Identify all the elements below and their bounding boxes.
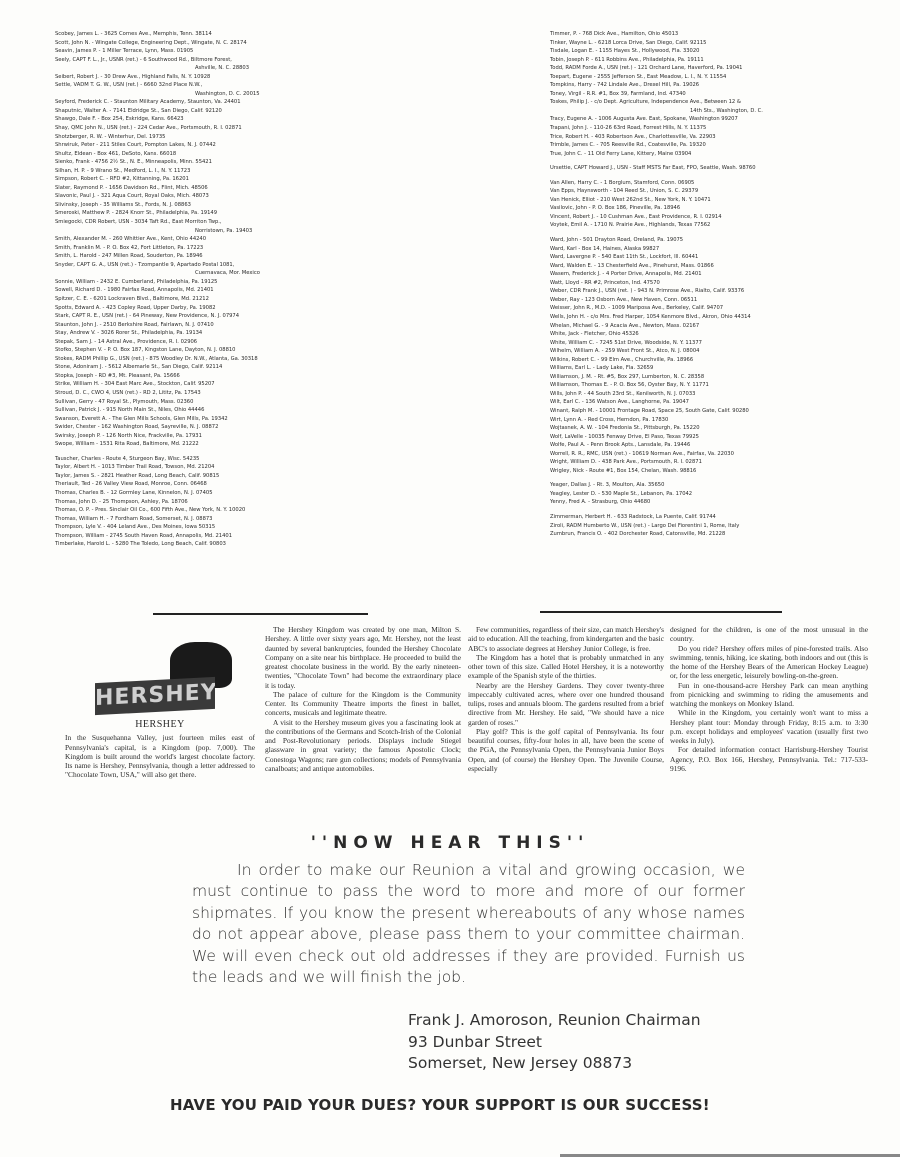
directory-entry-line: Tompkins, Harry - 742 Lindale Ave., Drex… <box>550 82 699 88</box>
directory-entry-line: Trice, Robert H. - 403 Robertson Ave., C… <box>550 134 716 140</box>
directory-entry-line: Thomas, John D. - 25 Thompson, Ashley, P… <box>55 499 188 505</box>
directory-entry: Trimble, James C. - 705 Reesville Rd., C… <box>550 141 895 150</box>
article-title: HERSHEY <box>65 720 255 729</box>
article-paragraph: The Kingdom has a hotel that is probably… <box>468 653 664 681</box>
directory-entry-line: Swanson, Everett A. - The Glen Mills Sch… <box>55 416 228 422</box>
directory-entry: Wells, John H. - c/o Mrs. Fred Harper, 1… <box>550 313 895 322</box>
directory-left-column: Scobey, James L. - 3625 Cornes Ave., Mem… <box>55 30 455 549</box>
directory-entry-line: Sullivan, Patrick J. - 915 North Main St… <box>55 407 204 413</box>
article-paragraph: The Hershey Kingdom was created by one m… <box>265 625 461 690</box>
directory-entry-line: Snyder, CAPT G. A., USN (ret.) - Tzompan… <box>55 262 234 268</box>
directory-entry: Shotzberger, R. W. - Winterhur, Del. 197… <box>55 133 455 142</box>
directory-entry-line: Thomas, Charles B. - 12 Gormley Lane, Ki… <box>55 490 213 496</box>
directory-entry-line: Timberlake, Harold L. - 5280 The Toledo,… <box>55 541 226 547</box>
directory-entry-line: Wilkins, Robert C. - 99 Elm Ave., Church… <box>550 357 693 363</box>
directory-entry: White, Jack - Fletcher, Ohio 45326 <box>550 330 895 339</box>
directory-entry-line: Wojtasnek, A. W. - 104 Fredonia St., Pit… <box>550 425 700 431</box>
article-paragraph: Few communities, regardless of their siz… <box>468 625 664 653</box>
directory-entry-line: Tracy, Eugene A. - 1006 Augusta Ave. Eas… <box>550 116 738 122</box>
directory-entry: Van Henick, Elliot - 210 West 262nd St.,… <box>550 196 895 205</box>
directory-entry: Taylor, Albert H. - 1013 Timber Trail Ro… <box>55 463 455 472</box>
directory-entry: Tinker, Wayne L. - 6218 Lorca Drive, San… <box>550 39 895 48</box>
directory-entry-line: Wright, William D. - 438 Park Ave., Port… <box>550 459 702 465</box>
directory-entry: Tompkins, Harry - 742 Lindale Ave., Drex… <box>550 81 895 90</box>
directory-entry-line: Wilt, Earl C. - 136 Watson Ave., Langhor… <box>550 399 689 405</box>
directory-entry: Stofko, Stephen V. - P. O. Box 187, King… <box>55 346 455 355</box>
directory-entry: Wirt, Lynn A. - Red Cross, Herndon, Pa. … <box>550 416 895 425</box>
directory-entry-line: Seavin, James P. - 1 Miller Terrace, Lyn… <box>55 48 193 54</box>
directory-entry: Stay, Andrew V. - 3026 Rorer St., Philad… <box>55 329 455 338</box>
directory-entry-line: Thomas, William H. - 7 Fordham Road, Som… <box>55 516 212 522</box>
directory-entry: Swirsky, Joseph P. - 126 North Nice, Fra… <box>55 432 455 441</box>
divider-rule-right <box>540 611 782 613</box>
directory-entry: Shultz, Eldean - Box 461, DeSoto, Kans. … <box>55 150 455 159</box>
directory-entry-line: Wrigley, Nick - Route #1, Box 154, Chela… <box>550 468 696 474</box>
dues-reminder: HAVE YOU PAID YOUR DUES? YOUR SUPPORT IS… <box>170 1096 790 1114</box>
directory-entry-line: Staunton, John J. - 2510 Berkshire Road,… <box>55 322 214 328</box>
directory-entry-line: Trimble, James C. - 705 Reesville Rd., C… <box>550 142 706 148</box>
directory-entry-line: Smith, L. Harold - 247 Millen Road, Soud… <box>55 253 203 259</box>
notice-title: ''NOW HEAR THIS'' <box>0 833 900 853</box>
directory-entry-line: Toney, Virgil - R.R. #1, Box 39, Farmlan… <box>550 91 686 97</box>
directory-entry: Taylor, James S. - 2821 Heather Road, Lo… <box>55 472 455 481</box>
directory-entry: Wilkins, Robert C. - 99 Elm Ave., Church… <box>550 356 895 365</box>
directory-entry: Wrigley, Nick - Route #1, Box 154, Chela… <box>550 467 895 476</box>
directory-entry: Tracy, Eugene A. - 1006 Augusta Ave. Eas… <box>550 115 895 124</box>
directory-entry: Seyford, Frederick C. - Staunton Militar… <box>55 98 455 107</box>
directory-entry-line: Wasem, Frederick J. - 4 Porter Drive, An… <box>550 271 702 277</box>
directory-entry: Smith, L. Harold - 247 Millen Road, Soud… <box>55 252 455 261</box>
notice-body: In order to make our Reunion a vital and… <box>192 860 745 988</box>
directory-entry: True, John C. - 11 Old Ferry Lane, Kitte… <box>550 150 895 159</box>
directory-entry-line: Trapani, John J. - 110-26 63rd Road, For… <box>550 125 706 131</box>
directory-entry: Sonnie, William - 2432 E. Cumberland, Ph… <box>55 278 455 287</box>
directory-entry: Stepak, Sam J. - 14 Astral Ave., Provide… <box>55 338 455 347</box>
directory-entry: Seavin, James P. - 1 Miller Terrace, Lyn… <box>55 47 455 56</box>
directory-entry: Thompson, William - 2745 South Haven Roa… <box>55 532 455 541</box>
directory-entry: Shaputnic, Walter A. - 7141 Eldridge St.… <box>55 107 455 116</box>
directory-entry-line: Thomas, O. P. - Pres. Sinclair Oil Co., … <box>55 507 245 513</box>
directory-entry-line: Thompson, William - 2745 South Haven Roa… <box>55 533 232 539</box>
directory-entry-line: Thompson, Lyle V. - 404 Leland Ave., Des… <box>55 524 215 530</box>
directory-entry-line: Sowell, Richard D. - 1980 Fairfax Road, … <box>55 287 214 293</box>
directory-entry-line: Van Allen, Harry C. - 1 Borglum, Stamfor… <box>550 180 694 186</box>
directory-entry-line: Shawgo, Dale F. - Box 254, Eskridge, Kan… <box>55 116 184 122</box>
directory-entry-line: Shultz, Eldean - Box 461, DeSoto, Kans. … <box>55 151 176 157</box>
directory-entry-line: Whelan, Michael G. - 9 Acacia Ave., Newt… <box>550 323 699 329</box>
directory-entry: Shay, QMC John N., USN (ret.) - 224 Ceda… <box>55 124 455 133</box>
directory-entry: Silhan, H. P. - 9 Wrano St., Medford, L.… <box>55 167 455 176</box>
directory-entry-line: Smith, Franklin M. - P. O. Box 42, Fort … <box>55 245 203 251</box>
directory-entry-line: Ziroli, RADM Humberto W., USN (ret.) - L… <box>550 523 739 529</box>
directory-entry: Stroud, D. C., CWO 4, USN (ret.) - RD 2,… <box>55 389 455 398</box>
article-column-2: Few communities, regardless of their siz… <box>468 625 664 773</box>
directory-entry-line: Stay, Andrew V. - 3026 Rorer St., Philad… <box>55 330 202 336</box>
directory-entry: Smeroski, Matthew P. - 2824 Knorr St., P… <box>55 209 455 218</box>
directory-entry-line: Todd, RADM Forde A., USN (ret.) - 121 Or… <box>550 65 742 71</box>
directory-entry-line: Seely, CAPT F. L., Jr., USNR (ret.) - 6 … <box>55 57 232 63</box>
directory-entry-line: Wolfe, Paul A. - Penn Brook Apts., Lansd… <box>550 442 690 448</box>
directory-entry-continuation: Norristown, Pa. 19403 <box>55 227 455 236</box>
hershey-intro-column: HERSHEY'S HERSHEY In the Susquehanna Val… <box>65 640 255 780</box>
directory-entry: Snyder, CAPT G. A., USN (ret.) - Tzompan… <box>55 261 455 278</box>
notice-paragraph: In order to make our Reunion a vital and… <box>192 860 745 988</box>
directory-entry: Vasilovic, John - P. O. Box 186, Pinevil… <box>550 204 895 213</box>
directory-entry: Timmer, P. - 768 Dick Ave., Hamilton, Oh… <box>550 30 895 39</box>
directory-entry: Weber, Ray - 123 Osborn Ave., New Haven,… <box>550 296 895 305</box>
directory-entry-continuation: Washington, D. C. 20015 <box>55 90 455 99</box>
directory-entry: Toepart, Eugene - 2555 Jefferson St., Ea… <box>550 73 895 82</box>
directory-entry: Williamson, Thomas E. - P. O. Box 56, Oy… <box>550 381 895 390</box>
directory-entry-line: Taylor, Albert H. - 1013 Timber Trail Ro… <box>55 464 214 470</box>
directory-entry: Ursettie, CAPT Howard J., USN - Staff MS… <box>550 164 895 173</box>
directory-entry-line: White, William C. - 7245 51st Drive, Woo… <box>550 340 702 346</box>
directory-entry-line: Weber, CDR Frank J., USN (ret. ) - 943 N… <box>550 288 744 294</box>
directory-entry: Williams, Earl L. - Lady Lake, Fla. 3265… <box>550 364 895 373</box>
directory-entry: Timberlake, Harold L. - 5280 The Toledo,… <box>55 540 455 549</box>
directory-entry-line: Weber, Ray - 123 Osborn Ave., New Haven,… <box>550 297 697 303</box>
directory-entry-continuation: Cuernavaca, Mor. Mexico <box>55 269 455 278</box>
directory-entry-line: Yenny, Fred A. - Strasburg, Ohio 44680 <box>550 499 650 505</box>
signature-block: Frank J. Amoroson, Reunion Chairman 93 D… <box>408 1010 701 1075</box>
article-paragraph: Do you ride? Hershey offers miles of pin… <box>670 644 868 681</box>
directory-entry-continuation: Ashville, N. C. 28803 <box>55 64 455 73</box>
directory-entry: Ward, Walden E. - 13 Chesterfield Ave., … <box>550 262 895 271</box>
directory-entry: Winant, Ralph M. - 10001 Frontage Road, … <box>550 407 895 416</box>
directory-entry-line: Van Epps, Haynsworth - 104 Reed St., Uni… <box>550 188 698 194</box>
directory-entry: Trice, Robert H. - 403 Robertson Ave., C… <box>550 133 895 142</box>
directory-entry-line: Shaputnic, Walter A. - 7141 Eldridge St.… <box>55 108 222 114</box>
directory-entry-line: Slavonic, Paul J. - 321 Aqua Court, Roya… <box>55 193 209 199</box>
signature-name: Frank J. Amoroson, Reunion Chairman <box>408 1010 701 1032</box>
directory-entry: Sienko, Frank - 4756 2½ St., N. E., Minn… <box>55 158 455 167</box>
directory-entry: Theriault, Ted - 26 Valley View Road, Mo… <box>55 480 455 489</box>
directory-entry: Sullivan, Gerry - 47 Royal St., Plymouth… <box>55 398 455 407</box>
directory-entry-line: Stone, Adoniram J. - 5612 Albemarle St.,… <box>55 364 222 370</box>
directory-entry-line: Simpson, Robert C. - RFD #2, Kittanning,… <box>55 176 189 182</box>
directory-entry-line: Stofko, Stephen V. - P. O. Box 187, King… <box>55 347 235 353</box>
directory-entry: Spitzer, C. E. - 6201 Lockraven Blvd., B… <box>55 295 455 304</box>
directory-entry-line: Sonnie, William - 2432 E. Cumberland, Ph… <box>55 279 217 285</box>
directory-entry: Wills, John P. - 44 South 23rd St., Keni… <box>550 390 895 399</box>
article-column-1: The Hershey Kingdom was created by one m… <box>265 625 461 773</box>
directory-entry: Trapani, John J. - 110-26 63rd Road, For… <box>550 124 895 133</box>
directory-entry: Slavonic, Paul J. - 321 Aqua Court, Roya… <box>55 192 455 201</box>
directory-entry-line: Tisdale, Logan E. - 1155 Hayes St., Holl… <box>550 48 699 54</box>
directory-entry: Smith, Franklin M. - P. O. Box 42, Fort … <box>55 244 455 253</box>
directory-right-column: Timmer, P. - 768 Dick Ave., Hamilton, Oh… <box>550 30 895 539</box>
directory-entry: Thomas, John D. - 25 Thompson, Ashley, P… <box>55 498 455 507</box>
directory-entry-continuation: 14th Sts., Washington, D. C. <box>550 107 895 116</box>
directory-entry: Stark, CAPT R. E., USN (ret.) - 64 Pinew… <box>55 312 455 321</box>
directory-entry-line: Worrell, R. R., RMC, USN (ret.) - 10619 … <box>550 451 734 457</box>
directory-entry-line: True, John C. - 11 Old Ferry Lane, Kitte… <box>550 151 691 157</box>
directory-entry-line: Van Henick, Elliot - 210 West 262nd St.,… <box>550 197 711 203</box>
directory-entry: Toney, Virgil - R.R. #1, Box 39, Farmlan… <box>550 90 895 99</box>
directory-entry: Thomas, Charles B. - 12 Gormley Lane, Ki… <box>55 489 455 498</box>
directory-entry-line: Silhan, H. P. - 9 Wrano St., Medford, L.… <box>55 168 190 174</box>
directory-entry-line: Williamson, Thomas E. - P. O. Box 56, Oy… <box>550 382 709 388</box>
directory-entry-line: Scobey, James L. - 3625 Cornes Ave., Mem… <box>55 31 212 37</box>
directory-entry: Staunton, John J. - 2510 Berkshire Road,… <box>55 321 455 330</box>
directory-entry: Van Epps, Haynsworth - 104 Reed St., Uni… <box>550 187 895 196</box>
directory-entry: Slater, Raymond P. - 1656 Davidson Rd., … <box>55 184 455 193</box>
directory-entry: Spotts, Edward A. - 423 Copley Road, Upp… <box>55 304 455 313</box>
directory-entry: Wolf, LaVelle - 10035 Fenway Drive, El P… <box>550 433 895 442</box>
directory-entry: Wojtasnek, A. W. - 104 Fredonia St., Pit… <box>550 424 895 433</box>
directory-entry-line: Smeroski, Matthew P. - 2824 Knorr St., P… <box>55 210 217 216</box>
directory-entry-line: Yeager, Dallas J. - Rt. 3, Moulton, Ala.… <box>550 482 664 488</box>
directory-entry-line: Slater, Raymond P. - 1656 Davidson Rd., … <box>55 185 208 191</box>
directory-entry: Tobin, Joseph P. - 611 Robbins Ave., Phi… <box>550 56 895 65</box>
directory-entry: Whelan, Michael G. - 9 Acacia Ave., Newt… <box>550 322 895 331</box>
directory-entry: Smith, Alexander M. - 260 Whittier Ave.,… <box>55 235 455 244</box>
directory-entry: Tisdale, Logan E. - 1155 Hayes St., Holl… <box>550 47 895 56</box>
directory-entry-line: Seibert, Robert J. - 30 Drew Ave., Highl… <box>55 74 210 80</box>
directory-entry-line: Wells, John H. - c/o Mrs. Fred Harper, 1… <box>550 314 751 320</box>
directory-entry-line: Timmer, P. - 768 Dick Ave., Hamilton, Oh… <box>550 31 678 37</box>
directory-entry-line: Ward, Karl - Box 14, Haines, Alaska 9982… <box>550 246 659 252</box>
directory-entry-line: Toskes, Philip J. - c/o Dept. Agricultur… <box>550 99 741 105</box>
directory-entry-line: Sienko, Frank - 4756 2½ St., N. E., Minn… <box>55 159 212 165</box>
directory-entry-line: Theriault, Ted - 26 Valley View Road, Mo… <box>55 481 207 487</box>
directory-entry: Todd, RADM Forde A., USN (ret.) - 121 Or… <box>550 64 895 73</box>
directory-entry-line: Weisser, John R., M.D. - 1009 Mariposa A… <box>550 305 723 311</box>
directory-entry: Ward, Karl - Box 14, Haines, Alaska 9982… <box>550 245 895 254</box>
directory-entry: White, William C. - 7245 51st Drive, Woo… <box>550 339 895 348</box>
directory-entry-line: Stepak, Sam J. - 14 Astral Ave., Provide… <box>55 339 197 345</box>
directory-entry: Scobey, James L. - 3625 Cornes Ave., Mem… <box>55 30 455 39</box>
directory-entry-line: Swider, Chester - 162 Washington Road, S… <box>55 424 218 430</box>
article-column-3: designed for the children, is one of the… <box>670 625 868 773</box>
directory-entry: Zimmerman, Herbert H. - 633 Radstock, La… <box>550 513 895 522</box>
directory-entry: Tauscher, Charles - Route 4, Sturgeon Ba… <box>55 455 455 464</box>
article-paragraph: For detailed information contact Harrisb… <box>670 745 868 773</box>
directory-entry: Seely, CAPT F. L., Jr., USNR (ret.) - 6 … <box>55 56 455 73</box>
directory-entry-line: Stokes, RADM Phillip G., USN (ret.) - 87… <box>55 356 258 362</box>
article-paragraph: While in the Kingdom, you certainly won'… <box>670 708 868 745</box>
directory-entry-line: Settle, VADM T. G. W., USN (ret.) - 6660… <box>55 82 202 88</box>
directory-entry-line: Tinker, Wayne L. - 6218 Lorca Drive, San… <box>550 40 706 46</box>
article-paragraph: The palace of culture for the Kingdom is… <box>265 690 461 718</box>
directory-entry-line: Shotzberger, R. W. - Winterhur, Del. 197… <box>55 134 165 140</box>
directory-entry: Toskes, Philip J. - c/o Dept. Agricultur… <box>550 98 895 115</box>
directory-entry: Thompson, Lyle V. - 404 Leland Ave., Des… <box>55 523 455 532</box>
directory-entry-line: Wills, John P. - 44 South 23rd St., Keni… <box>550 391 695 397</box>
directory-entry: Voytek, Emil A. - 1710 N. Prairie Ave., … <box>550 221 895 230</box>
directory-entry: Sowell, Richard D. - 1980 Fairfax Road, … <box>55 286 455 295</box>
directory-entry: Sullivan, Patrick J. - 915 North Main St… <box>55 406 455 415</box>
directory-entry-line: Strike, William H. - 304 East Marc Ave.,… <box>55 381 215 387</box>
directory-entry: Ward, John - 501 Drayton Road, Oreland, … <box>550 236 895 245</box>
directory-entry-line: Yeagley, Lester D. - 530 Maple St., Leba… <box>550 491 692 497</box>
article-paragraph: Fun in one-thousand-acre Hershey Park ca… <box>670 681 868 709</box>
directory-entry-line: Smiegocki, CDR Robert, USN - 3034 Taft R… <box>55 219 222 225</box>
directory-entry-line: Vasilovic, John - P. O. Box 186, Pinevil… <box>550 205 680 211</box>
directory-entry: Shrwiruk, Peter - 211 Stiles Court, Pomp… <box>55 141 455 150</box>
directory-entry: Yeager, Dallas J. - Rt. 3, Moulton, Ala.… <box>550 481 895 490</box>
directory-entry: Thomas, O. P. - Pres. Sinclair Oil Co., … <box>55 506 455 515</box>
directory-entry-line: Tauscher, Charles - Route 4, Sturgeon Ba… <box>55 456 199 462</box>
signature-street: 93 Dunbar Street <box>408 1032 701 1054</box>
directory-entry-line: Wilhelm, William A. - 259 West Front St.… <box>550 348 699 354</box>
directory-entry: Watt, Lloyd - RR #2, Princeton, Ind. 475… <box>550 279 895 288</box>
directory-entry: Wright, William D. - 438 Park Ave., Port… <box>550 458 895 467</box>
directory-entry: Wolfe, Paul A. - Penn Brook Apts., Lansd… <box>550 441 895 450</box>
directory-entry-line: Vincent, Robert J. - 10 Cushman Ave., Ea… <box>550 214 722 220</box>
directory-entry: Strike, William H. - 304 East Marc Ave.,… <box>55 380 455 389</box>
directory-entry: Stokes, RADM Phillip G., USN (ret.) - 87… <box>55 355 455 364</box>
directory-entry-line: Slivinsky, Joseph - 35 Williams St., For… <box>55 202 191 208</box>
directory-entry-line: Zumbrun, Francis O. - 402 Dorchester Roa… <box>550 531 725 537</box>
directory-entry: Shawgo, Dale F. - Box 254, Eskridge, Kan… <box>55 115 455 124</box>
directory-entry-line: Scott, John N. - Wingate College, Engine… <box>55 40 247 46</box>
directory-entry: Zumbrun, Francis O. - 402 Dorchester Roa… <box>550 530 895 539</box>
directory-entry: Weber, CDR Frank J., USN (ret. ) - 943 N… <box>550 287 895 296</box>
directory-entry: Yenny, Fred A. - Strasburg, Ohio 44680 <box>550 498 895 507</box>
directory-entry-line: Stroud, D. C., CWO 4, USN (ret.) - RD 2,… <box>55 390 201 396</box>
directory-entry-line: Wirt, Lynn A. - Red Cross, Herndon, Pa. … <box>550 417 668 423</box>
directory-entry-line: Shay, QMC John N., USN (ret.) - 224 Ceda… <box>55 125 242 131</box>
directory-entry: Stopka, Joseph - RD #3, Mt. Pleasant, Pa… <box>55 372 455 381</box>
directory-entry-line: Watt, Lloyd - RR #2, Princeton, Ind. 475… <box>550 280 660 286</box>
directory-entry: Ward, Lavergne P. - 540 East 11th St., L… <box>550 253 895 262</box>
divider-rule-left <box>153 613 368 615</box>
directory-entry-line: Stopka, Joseph - RD #3, Mt. Pleasant, Pa… <box>55 373 180 379</box>
directory-entry: Settle, VADM T. G. W., USN (ret.) - 6660… <box>55 81 455 98</box>
article-paragraph: designed for the children, is one of the… <box>670 625 868 644</box>
directory-entry: Swanson, Everett A. - The Glen Mills Sch… <box>55 415 455 424</box>
directory-entry: Stone, Adoniram J. - 5612 Albemarle St.,… <box>55 363 455 372</box>
directory-entry: Yeagley, Lester D. - 530 Maple St., Leba… <box>550 490 895 499</box>
directory-entry-line: Wolf, LaVelle - 10035 Fenway Drive, El P… <box>550 434 699 440</box>
directory-entry: Weisser, John R., M.D. - 1009 Mariposa A… <box>550 304 895 313</box>
directory-entry-line: Smith, Alexander M. - 260 Whittier Ave.,… <box>55 236 206 242</box>
directory-entry-line: Ursettie, CAPT Howard J., USN - Staff MS… <box>550 165 756 171</box>
directory-entry: Seibert, Robert J. - 30 Drew Ave., Highl… <box>55 73 455 82</box>
article-paragraph: Play golf? This is the golf capital of P… <box>468 727 664 773</box>
directory-entry: Williamson, J. M. - Rt. #5, Box 297, Lum… <box>550 373 895 382</box>
article-paragraph: Nearby are the Hershey Gardens. They cov… <box>468 681 664 727</box>
directory-entry-line: Williams, Earl L. - Lady Lake, Fla. 3265… <box>550 365 653 371</box>
directory-entry: Smiegocki, CDR Robert, USN - 3034 Taft R… <box>55 218 455 235</box>
directory-entry-line: Swirsky, Joseph P. - 126 North Nice, Fra… <box>55 433 202 439</box>
directory-entry: Simpson, Robert C. - RFD #2, Kittanning,… <box>55 175 455 184</box>
hershey-wrapper-logo-text: HERSHEY'S <box>95 677 215 715</box>
directory-entry-line: White, Jack - Fletcher, Ohio 45326 <box>550 331 639 337</box>
directory-entry-line: Spitzer, C. E. - 6201 Lockraven Blvd., B… <box>55 296 209 302</box>
directory-entry-line: Williamson, J. M. - Rt. #5, Box 297, Lum… <box>550 374 704 380</box>
directory-entry-line: Spotts, Edward A. - 423 Copley Road, Upp… <box>55 305 216 311</box>
signature-city: Somerset, New Jersey 08873 <box>408 1053 701 1075</box>
directory-entry-line: Stark, CAPT R. E., USN (ret.) - 64 Pinew… <box>55 313 239 319</box>
hershey-logo: HERSHEY'S <box>95 640 215 710</box>
directory-entry-line: Voytek, Emil A. - 1710 N. Prairie Ave., … <box>550 222 710 228</box>
directory-entry-line: Zimmerman, Herbert H. - 633 Radstock, La… <box>550 514 716 520</box>
directory-entry-line: Sullivan, Gerry - 47 Royal St., Plymouth… <box>55 399 193 405</box>
directory-entry-line: Seyford, Frederick C. - Staunton Militar… <box>55 99 241 105</box>
directory-entry: Swider, Chester - 162 Washington Road, S… <box>55 423 455 432</box>
directory-entry-line: Tobin, Joseph P. - 611 Robbins Ave., Phi… <box>550 57 704 63</box>
directory-entry: Wilhelm, William A. - 259 West Front St.… <box>550 347 895 356</box>
directory-entry-line: Winant, Ralph M. - 10001 Frontage Road, … <box>550 408 749 414</box>
article-intro: In the Susquehanna Valley, just fourteen… <box>65 733 255 779</box>
directory-entry-line: Taylor, James S. - 2821 Heather Road, Lo… <box>55 473 219 479</box>
directory-entry: Ziroli, RADM Humberto W., USN (ret.) - L… <box>550 522 895 531</box>
directory-entry-line: Toepart, Eugene - 2555 Jefferson St., Ea… <box>550 74 726 80</box>
directory-entry: Worrell, R. R., RMC, USN (ret.) - 10619 … <box>550 450 895 459</box>
directory-entry: Scott, John N. - Wingate College, Engine… <box>55 39 455 48</box>
article-paragraph: A visit to the Hershey museum gives you … <box>265 718 461 774</box>
directory-entry-line: Swope, William - 1531 Rita Road, Baltimo… <box>55 441 199 447</box>
directory-entry-line: Ward, Walden E. - 13 Chesterfield Ave., … <box>550 263 714 269</box>
directory-entry: Slivinsky, Joseph - 35 Williams St., For… <box>55 201 455 210</box>
directory-entry-line: Shrwiruk, Peter - 211 Stiles Court, Pomp… <box>55 142 216 148</box>
directory-entry: Wasem, Frederick J. - 4 Porter Drive, An… <box>550 270 895 279</box>
directory-entry: Wilt, Earl C. - 136 Watson Ave., Langhor… <box>550 398 895 407</box>
directory-entry: Thomas, William H. - 7 Fordham Road, Som… <box>55 515 455 524</box>
directory-entry: Vincent, Robert J. - 10 Cushman Ave., Ea… <box>550 213 895 222</box>
directory-entry-line: Ward, John - 501 Drayton Road, Oreland, … <box>550 237 683 243</box>
directory-entry-line: Ward, Lavergne P. - 540 East 11th St., L… <box>550 254 698 260</box>
directory-entry: Van Allen, Harry C. - 1 Borglum, Stamfor… <box>550 179 895 188</box>
directory-entry: Swope, William - 1531 Rita Road, Baltimo… <box>55 440 455 449</box>
